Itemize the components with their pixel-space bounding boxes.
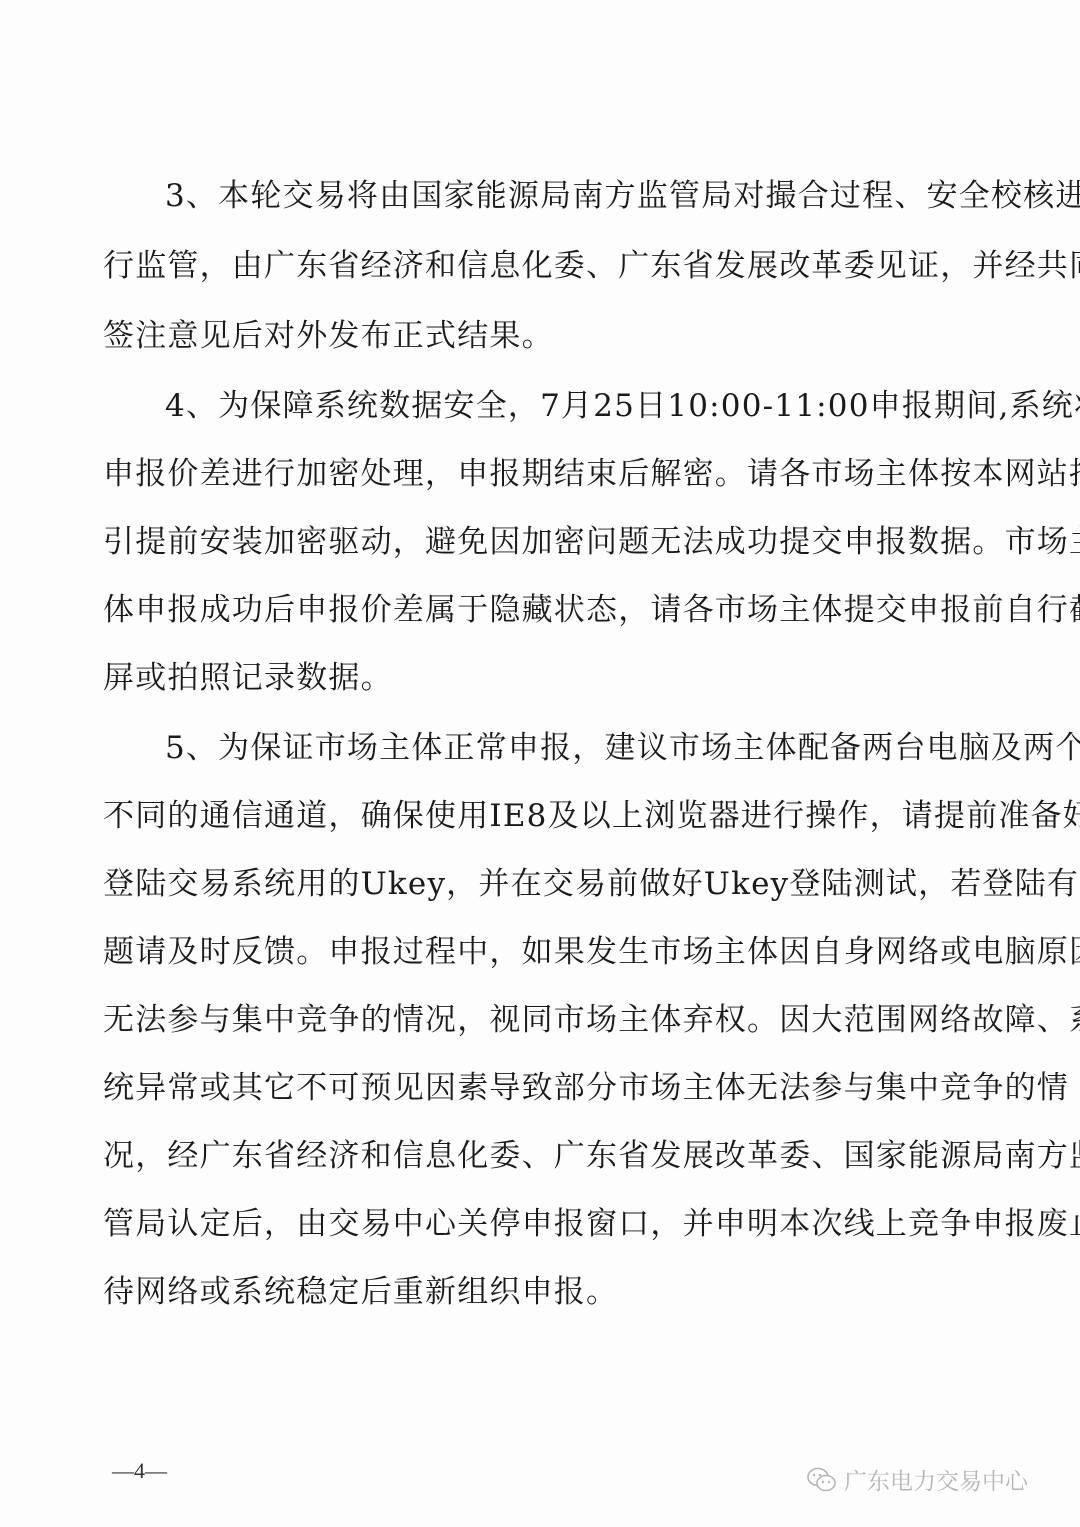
wechat-icon: [806, 1466, 838, 1494]
paragraph-5-line-1: 5、为保证市场主体正常申报，建议市场主体配备两台电脑及两个: [165, 728, 1035, 768]
watermark-text: 广东电力交易中心: [844, 1463, 1028, 1496]
paragraph-5-line-7: 况，经广东省经济和信息化委、广东省发展改革委、国家能源局南方监: [103, 1136, 973, 1176]
paragraph-4-line-5: 屏或拍照记录数据。: [103, 658, 973, 698]
paragraph-5-line-6: 统异常或其它不可预见因素导致部分市场主体无法参与集中竞争的情: [103, 1068, 973, 1108]
watermark: 广东电力交易中心: [806, 1463, 1028, 1496]
paragraph-5-line-4: 题请及时反馈。申报过程中，如果发生市场主体因自身网络或电脑原因: [103, 932, 973, 972]
paragraph-5-line-9: 待网络或系统稳定后重新组织申报。: [103, 1272, 973, 1312]
paragraph-5-line-5: 无法参与集中竞争的情况，视同市场主体弃权。因大范围网络故障、系: [103, 1000, 973, 1040]
paragraph-4-line-1: 4、为保障系统数据安全，7月25日10:00-11:00申报期间,系统将对: [165, 386, 1035, 426]
paragraph-3-line-1: 3、本轮交易将由国家能源局南方监管局对撮合过程、安全校核进: [165, 176, 1035, 216]
paragraph-3-line-3: 签注意见后对外发布正式结果。: [103, 316, 973, 356]
paragraph-5-line-2: 不同的通信通道，确保使用IE8及以上浏览器进行操作，请提前准备好: [103, 796, 973, 836]
page-number: —4—: [112, 1458, 167, 1484]
paragraph-4-line-3: 引提前安装加密驱动，避免因加密问题无法成功提交申报数据。市场主: [103, 522, 973, 562]
paragraph-4-line-2: 申报价差进行加密处理，申报期结束后解密。请各市场主体按本网站指: [103, 454, 973, 494]
paragraph-5-line-3: 登陆交易系统用的Ukey，并在交易前做好Ukey登陆测试，若登陆有问: [103, 864, 973, 904]
paragraph-3-line-2: 行监管，由广东省经济和信息化委、广东省发展改革委见证，并经共同: [103, 246, 973, 286]
paragraph-5-line-8: 管局认定后，由交易中心关停申报窗口，并申明本次线上竞争申报废止，: [103, 1204, 973, 1244]
paragraph-4-line-4: 体申报成功后申报价差属于隐藏状态，请各市场主体提交申报前自行截: [103, 590, 973, 630]
document-page: 3、本轮交易将由国家能源局南方监管局对撮合过程、安全校核进 行监管，由广东省经济…: [0, 0, 1080, 1527]
